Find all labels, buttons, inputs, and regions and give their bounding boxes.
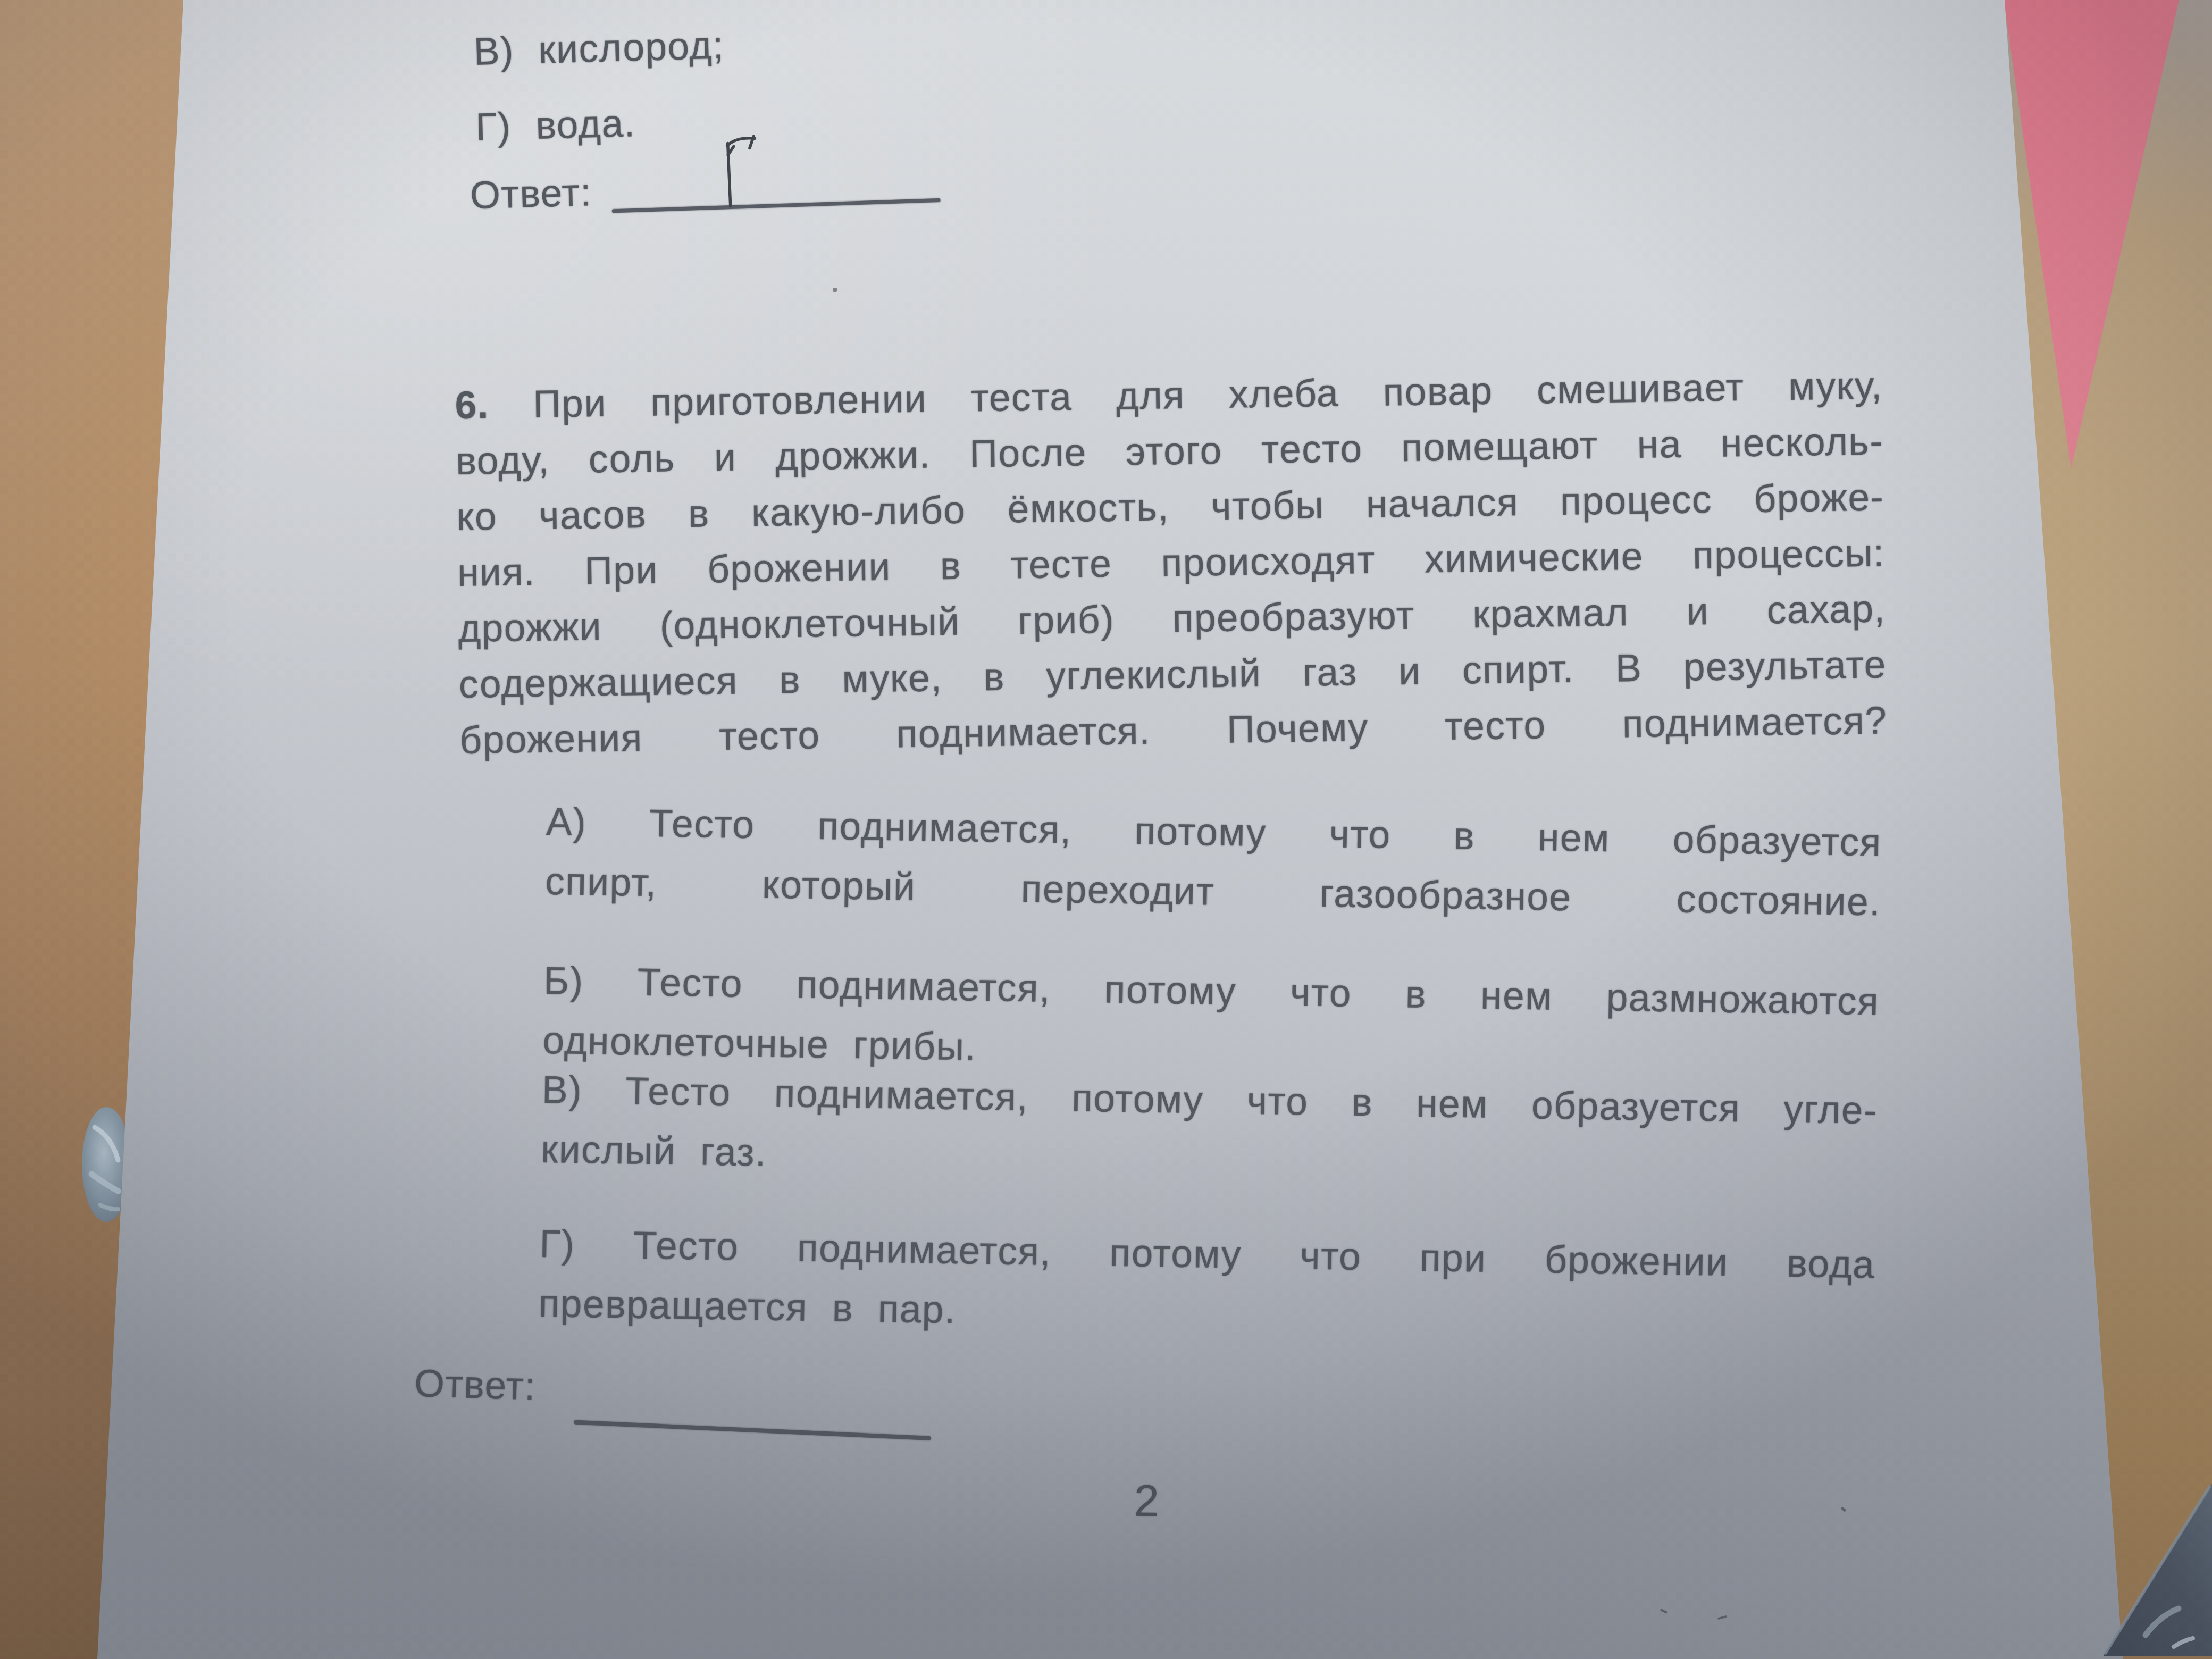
dust-speck [1717,1615,1727,1620]
handwritten-answer-mark [703,130,769,211]
answer2-blank-line [574,1420,931,1440]
dust-speck [833,288,837,292]
answer2-label: Ответ: [414,1357,537,1413]
dust-speck [1841,1506,1847,1512]
page-content: В) кислород; Г) вода. Ответ: 6.Припригот… [0,0,2212,1659]
page-number: 2 [1134,1474,1160,1528]
option-g-previous: Г) вода. [475,97,636,154]
plastic-bag [2037,1460,2212,1659]
option-v-previous: В) кислород; [473,19,725,79]
question-6-paragraph: 6.Приприготовлениитестадляхлебаповарсмеш… [455,359,1882,379]
answer1-blank-line [612,198,941,213]
answer1-label: Ответ: [470,166,593,222]
dust-speck [1660,1608,1668,1614]
answer-options: А)Тестоподнимается,потомучтовнемобразует… [559,0,1895,21]
photo-of-test-page: { "document": { "prior_question_options"… [0,0,2212,1659]
